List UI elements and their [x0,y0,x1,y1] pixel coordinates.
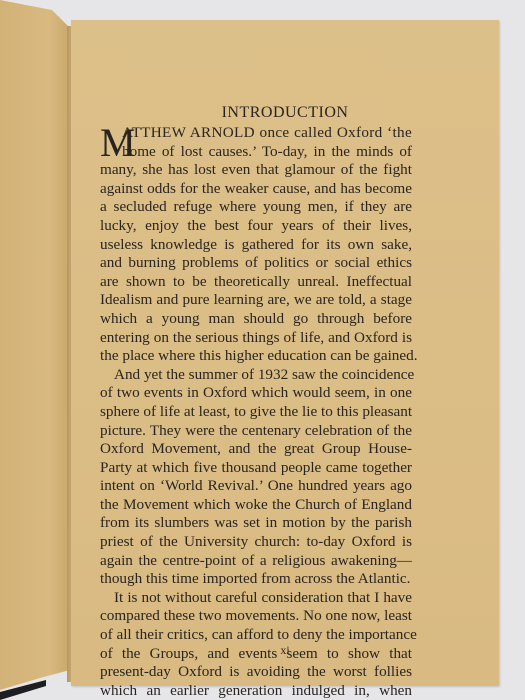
text-line: Oxford Movement, and the great Group Hou… [100,440,412,459]
text-line: ATTHEW ARNOLD once called Oxford ‘the [100,124,412,143]
text-line: sphere of life at least, to give the lie… [100,403,412,422]
body-text: M ATTHEW ARNOLD once called Oxford ‘the … [100,124,412,700]
text-line: compared these two movements. No one now… [100,607,412,626]
right-page: INTRODUCTION M ATTHEW ARNOLD once called… [71,20,499,686]
text-line: useless knowledge is gathered for its ow… [100,236,412,255]
drop-cap: M [100,126,136,160]
text-line: the Movement which woke the Church of En… [100,496,412,515]
text-line: picture. They were the centenary celebra… [100,422,412,441]
text-line: Idealism and pure learning are, we are t… [100,291,412,310]
text-line: entering on the serious things of life, … [100,329,412,348]
text-line: which a young man should go through befo… [100,310,412,329]
text-line: present-day Oxford is avoiding the worst… [100,663,412,682]
text-line: the place where this higher education ca… [100,347,412,366]
text-line: priest of the University church: to-day … [100,533,412,552]
text-line: of two events in Oxford which would seem… [100,384,412,403]
text-line: intent on ‘World Revival.’ One hundred y… [100,477,412,496]
text-line: which an earlier generation indulged in,… [100,682,412,700]
text-line: And yet the summer of 1932 saw the coinc… [100,366,412,385]
text-line: again the centre-point of a religious aw… [100,552,412,571]
left-page [0,0,70,690]
page-number: xi [71,643,499,658]
text-line: a secluded refuge where young men, if th… [100,198,412,217]
text-line: home of lost causes.’ To-day, in the min… [100,143,412,162]
text-line: against odds for the weaker cause, and h… [100,180,412,199]
text-line: from its slumbers was set in motion by t… [100,514,412,533]
text-line: It is not without careful consideration … [100,589,412,608]
text-line: many, she has lost even that glamour of … [100,161,412,180]
text-line: though this time imported from across th… [100,570,412,589]
text-line: lucky, enjoy the best four years of thei… [100,217,412,236]
text-line: and burning problems of politics or soci… [100,254,412,273]
text-line: Party at which five thousand people came… [100,459,412,478]
text-line: of all their critics, can afford to deny… [100,626,412,645]
text-line: are shown to be theoretically unreal. In… [100,273,412,292]
